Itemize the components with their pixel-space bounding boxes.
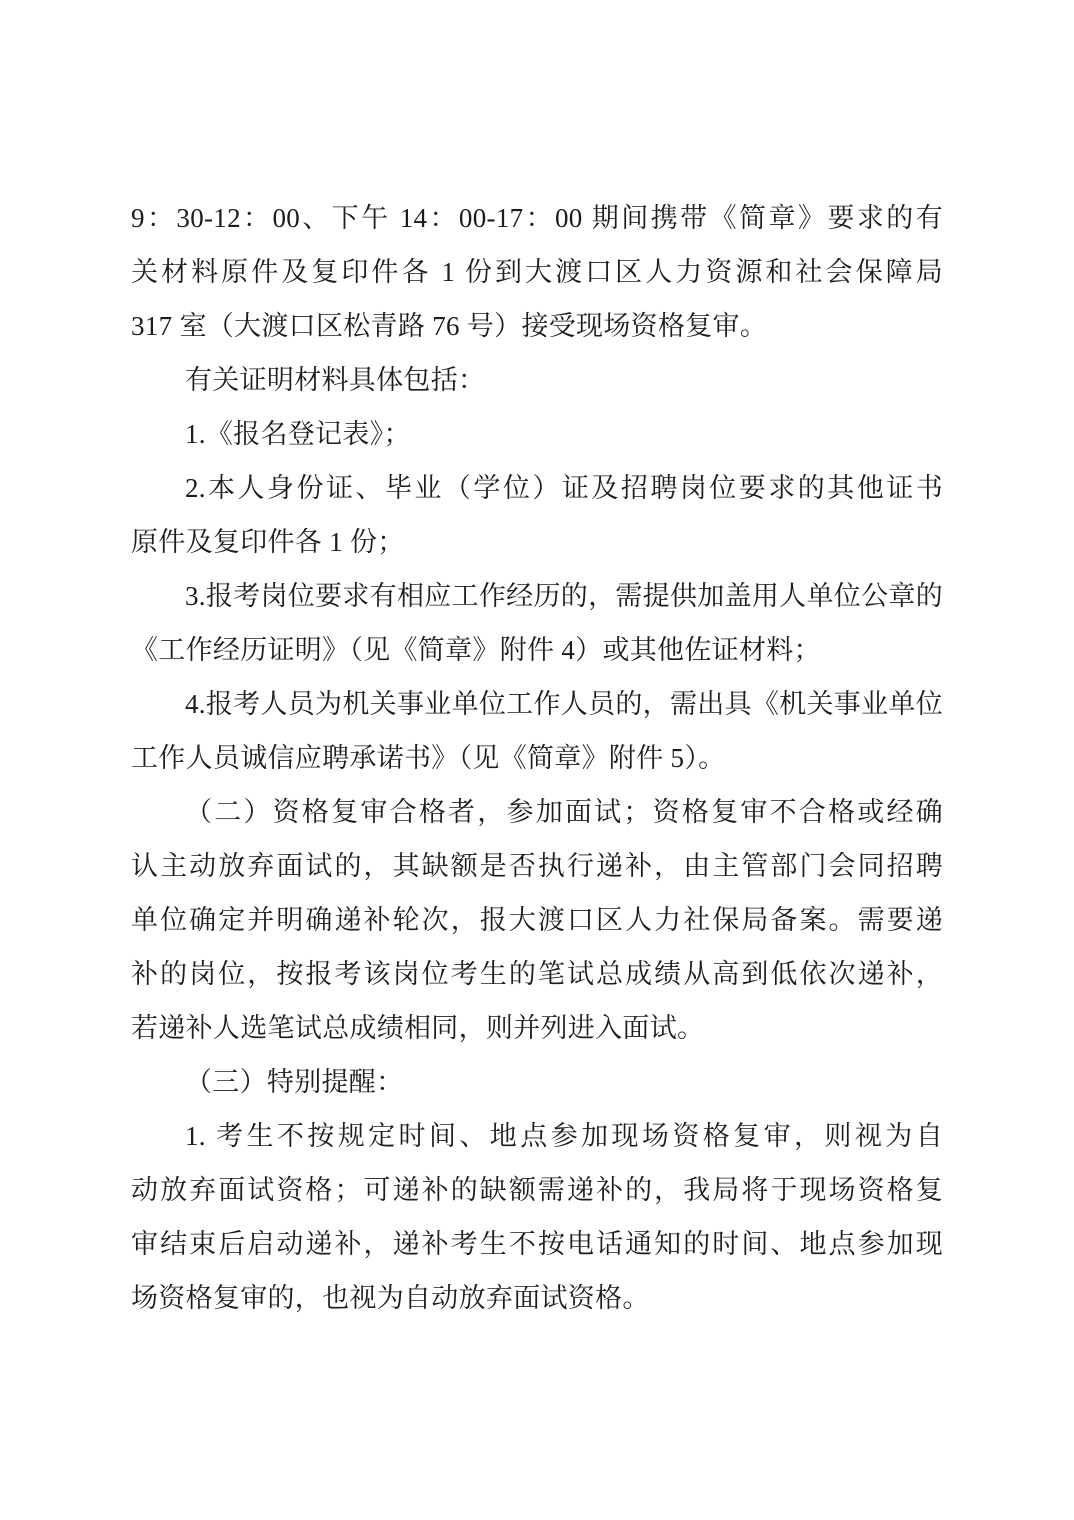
- list-item-work-experience: 3.报考岗位要求有相应工作经历的，需提供加盖用人单位公章的 《工作经历证明》（见…: [131, 569, 943, 677]
- text-line: 若递补人选笔试总成绩相同，则并列进入面试。: [131, 1001, 943, 1055]
- text-line: 9：30-12：00、下午 14：00-17：00 期间携带《简章》要求的有: [131, 191, 943, 245]
- text-line: 关材料原件及复印件各 1 份到大渡口区人力资源和社会保障局: [131, 245, 943, 299]
- text-line: 单位确定并明确递补轮次，报大渡口区人力社保局备案。需要递: [131, 893, 943, 947]
- text-line: 原件及复印件各 1 份；: [131, 515, 943, 569]
- paragraph-special-reminder-heading: （三）特别提醒：: [131, 1055, 943, 1109]
- text-line: 1.《报名登记表》；: [131, 407, 943, 461]
- document-page: 9：30-12：00、下午 14：00-17：00 期间携带《简章》要求的有 关…: [0, 0, 1074, 1520]
- text-line: 有关证明材料具体包括：: [131, 353, 943, 407]
- text-line: 1. 考生不按规定时间、地点参加现场资格复审，则视为自: [131, 1109, 943, 1163]
- text-line: 3.报考岗位要求有相应工作经历的，需提供加盖用人单位公章的: [131, 569, 943, 623]
- text-line: 2.本人身份证、毕业（学位）证及招聘岗位要求的其他证书: [131, 461, 943, 515]
- paragraph-materials-intro: 有关证明材料具体包括：: [131, 353, 943, 407]
- document-text-column: 9：30-12：00、下午 14：00-17：00 期间携带《简章》要求的有 关…: [131, 191, 943, 1325]
- list-item-integrity-commitment: 4.报考人员为机关事业单位工作人员的，需出具《机关事业单位 工作人员诚信应聘承诺…: [131, 677, 943, 785]
- paragraph-review-location: 9：30-12：00、下午 14：00-17：00 期间携带《简章》要求的有 关…: [131, 191, 943, 353]
- text-line: （三）特别提醒：: [131, 1055, 943, 1109]
- paragraph-reminder-1: 1. 考生不按规定时间、地点参加现场资格复审，则视为自 动放弃面试资格；可递补的…: [131, 1109, 943, 1325]
- text-line: 场资格复审的，也视为自动放弃面试资格。: [131, 1271, 943, 1325]
- text-line: 审结束后启动递补，递补考生不按电话通知的时间、地点参加现: [131, 1217, 943, 1271]
- text-line: 4.报考人员为机关事业单位工作人员的，需出具《机关事业单位: [131, 677, 943, 731]
- list-item-registration-form: 1.《报名登记表》；: [131, 407, 943, 461]
- text-line: 《工作经历证明》（见《简章》附件 4）或其他佐证材料；: [131, 623, 943, 677]
- text-line: 认主动放弃面试的，其缺额是否执行递补，由主管部门会同招聘: [131, 839, 943, 893]
- paragraph-interview-replacement: （二）资格复审合格者，参加面试；资格复审不合格或经确 认主动放弃面试的，其缺额是…: [131, 785, 943, 1055]
- text-line: 工作人员诚信应聘承诺书》（见《简章》附件 5）。: [131, 731, 943, 785]
- text-line: 补的岗位，按报考该岗位考生的笔试总成绩从高到低依次递补，: [131, 947, 943, 1001]
- text-line: 动放弃面试资格；可递补的缺额需递补的，我局将于现场资格复: [131, 1163, 943, 1217]
- list-item-id-certificates: 2.本人身份证、毕业（学位）证及招聘岗位要求的其他证书 原件及复印件各 1 份；: [131, 461, 943, 569]
- text-line: 317 室（大渡口区松青路 76 号）接受现场资格复审。: [131, 299, 943, 353]
- text-line: （二）资格复审合格者，参加面试；资格复审不合格或经确: [131, 785, 943, 839]
